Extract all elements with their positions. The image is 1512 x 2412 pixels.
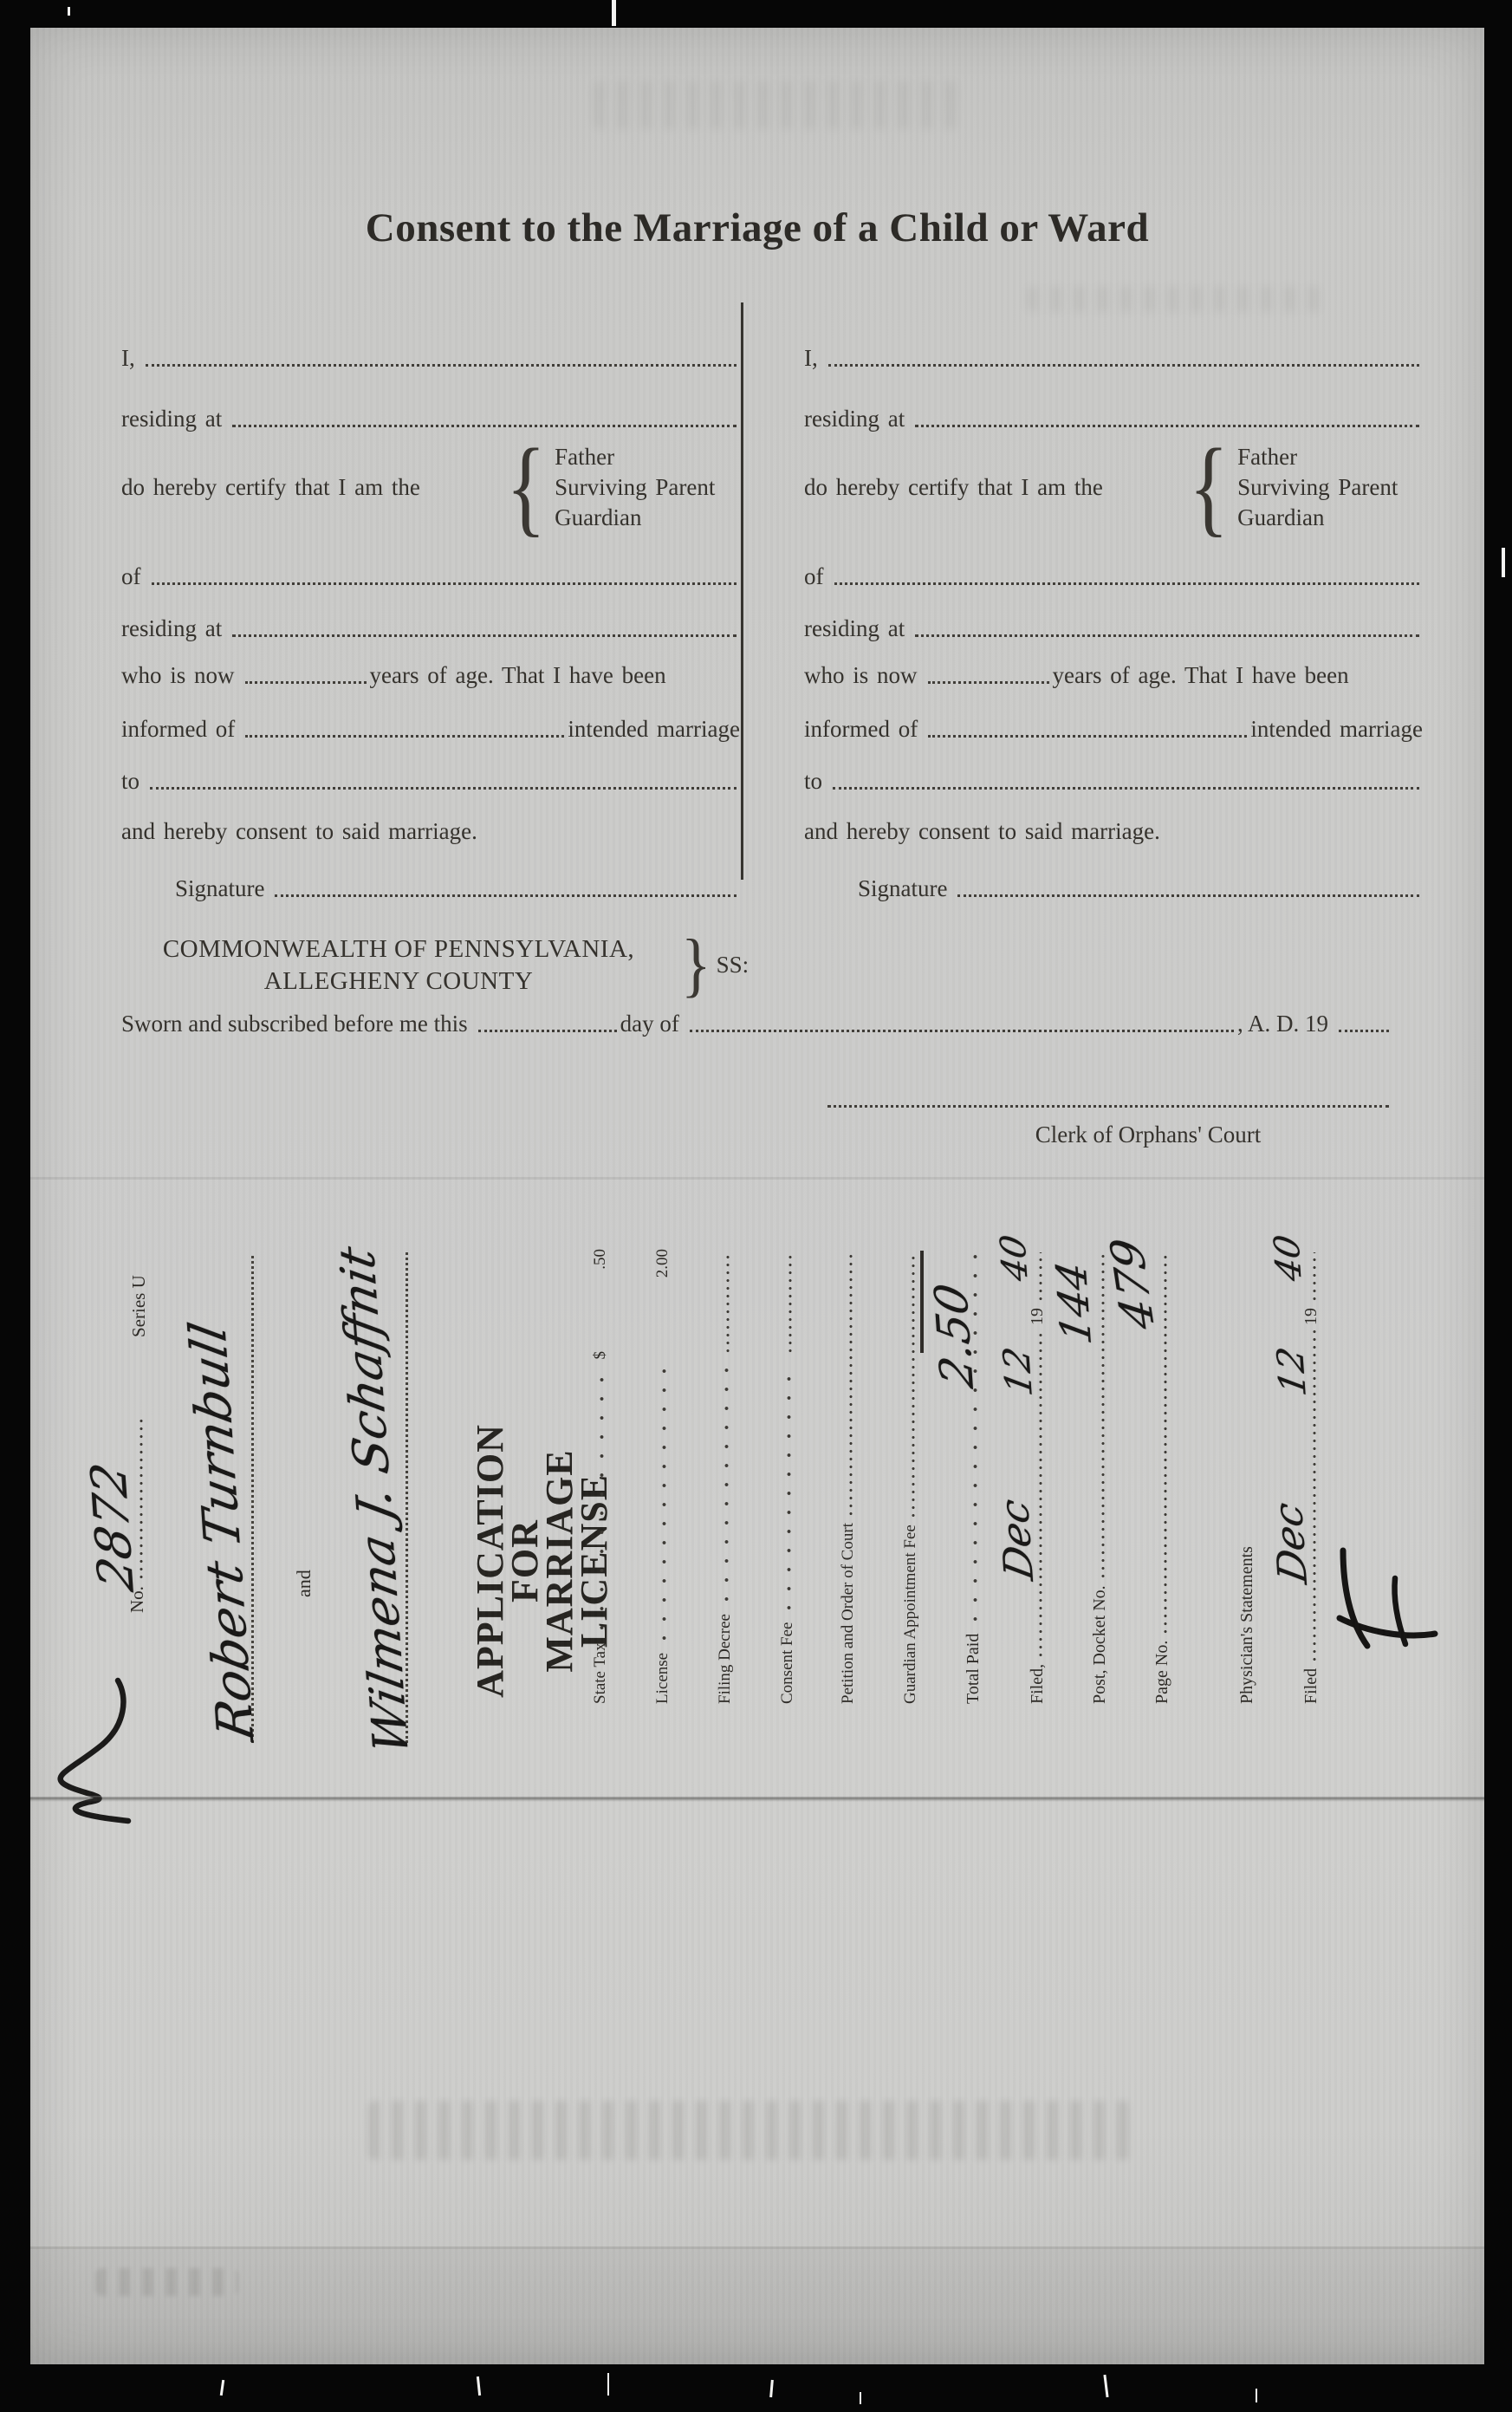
residence-blank bbox=[232, 425, 737, 427]
consent-statement: and hereby consent to said marriage. bbox=[804, 818, 1423, 845]
informed-blank bbox=[245, 735, 564, 738]
signature-blank bbox=[275, 894, 737, 897]
jurat-day-blank bbox=[478, 1030, 617, 1032]
role-father: Father bbox=[555, 444, 715, 471]
role-surviving-parent: Surviving Parent bbox=[1237, 474, 1398, 501]
fee-value: 2.00 bbox=[653, 1249, 672, 1351]
fee-value-blank bbox=[717, 1252, 735, 1356]
residing-label: residing at bbox=[804, 406, 905, 432]
filed2-day-handwritten: 12 bbox=[1269, 1344, 1314, 1399]
application-rotated-content: No. 2872 Series U Robert Turnbull and Wi… bbox=[52, 1204, 1438, 1786]
informed-blank bbox=[928, 735, 1247, 738]
filed2-row: Filed 19 bbox=[1301, 1249, 1321, 1704]
certify-block: do hereby certify that I am the { Father… bbox=[804, 444, 1423, 531]
child-residence-blank bbox=[232, 634, 737, 637]
docket-label: Post, Docket No. bbox=[1090, 1585, 1110, 1704]
age-pre-label: who is now bbox=[121, 662, 235, 689]
to-label: to bbox=[804, 768, 822, 795]
physicians-statements-label: Physician's Statements bbox=[1237, 1546, 1257, 1704]
handwritten-check-flourish bbox=[45, 1676, 136, 1828]
to-blank bbox=[150, 787, 737, 790]
field-child-name: of bbox=[804, 563, 1423, 590]
jurat-year-blank bbox=[1339, 1030, 1389, 1032]
of-label: of bbox=[804, 563, 824, 590]
filed2-label: Filed bbox=[1301, 1668, 1321, 1704]
signature-label: Signature bbox=[858, 875, 947, 902]
filed2-month-handwritten: Dec bbox=[1264, 1499, 1316, 1587]
day-of-label: day of bbox=[620, 1011, 679, 1037]
consent-line-label: and hereby consent to said marriage. bbox=[121, 818, 477, 845]
fee-label: Guardian Appointment Fee bbox=[901, 1525, 920, 1704]
fee-leader bbox=[593, 1363, 610, 1640]
child-name-blank bbox=[834, 582, 1420, 585]
filed-year-prefix: 19 bbox=[1028, 1308, 1048, 1325]
field-to: to bbox=[121, 768, 740, 795]
heading-line1: APPLICATION FOR bbox=[473, 1383, 542, 1739]
consent-line-label: and hereby consent to said marriage. bbox=[804, 818, 1160, 845]
child-residence-blank bbox=[915, 634, 1419, 637]
fee-value-blank bbox=[780, 1252, 797, 1356]
scanner-border-speck bbox=[477, 2376, 481, 2396]
series-label: Series U bbox=[128, 1275, 150, 1337]
informed-pre-label: informed of bbox=[804, 716, 918, 743]
field-child-residence: residing at bbox=[804, 615, 1423, 642]
filed2-year-handwritten: 40 bbox=[1267, 1232, 1309, 1284]
field-informed: informed ofintended marriage bbox=[121, 716, 740, 743]
fee-row-state-tax: State Tax $ .50 bbox=[591, 1249, 610, 1704]
age-blank bbox=[245, 681, 367, 684]
field-signature: Signature bbox=[804, 875, 1423, 902]
total-paid-label: Total Paid bbox=[964, 1634, 983, 1704]
showthrough-text-band bbox=[368, 2101, 1131, 2160]
fee-label: Consent Fee bbox=[778, 1622, 797, 1704]
fee-row-consent-fee: Consent Fee bbox=[778, 1249, 797, 1704]
age-post-label: years of age. That I have been bbox=[1053, 662, 1349, 689]
role-guardian: Guardian bbox=[1237, 504, 1398, 531]
to-blank bbox=[833, 787, 1419, 790]
certify-block: do hereby certify that I am the { Father… bbox=[121, 444, 740, 531]
signature-label: Signature bbox=[175, 875, 264, 902]
residing-label: residing at bbox=[121, 406, 222, 432]
filed-row: Filed, 19 bbox=[1028, 1249, 1048, 1704]
currency-symbol: $ bbox=[591, 1351, 610, 1360]
filed-label: Filed, bbox=[1028, 1664, 1048, 1704]
residing2-label: residing at bbox=[121, 615, 222, 642]
fold-crease-strong bbox=[30, 1796, 1484, 1802]
fee-label: Petition and Order of Court bbox=[839, 1523, 858, 1704]
field-informed: informed ofintended marriage bbox=[804, 716, 1423, 743]
page-title: Consent to the Marriage of a Child or Wa… bbox=[30, 205, 1484, 251]
showthrough-smudge-top bbox=[594, 81, 957, 129]
signature-blank bbox=[957, 894, 1419, 897]
fee-leader bbox=[655, 1355, 672, 1649]
scanner-border-speck bbox=[220, 2380, 224, 2396]
declarant-name-blank bbox=[146, 364, 737, 367]
fee-sum-rule bbox=[920, 1251, 924, 1353]
docket-number-handwritten: 144 bbox=[1048, 1258, 1101, 1348]
residing2-label: residing at bbox=[804, 615, 905, 642]
scanner-border-speck bbox=[769, 2380, 774, 2397]
handwritten-f-flourish bbox=[1333, 1541, 1441, 1658]
informed-pre-label: informed of bbox=[121, 716, 235, 743]
fee-value-blank bbox=[840, 1252, 858, 1519]
field-age: who is nowyears of age. That I have been bbox=[804, 662, 1423, 689]
clerk-signature-blank bbox=[827, 1105, 1389, 1108]
i-label: I, bbox=[121, 345, 135, 372]
serial-number-handwritten: 2872 bbox=[81, 1460, 146, 1595]
fee-leader bbox=[717, 1363, 735, 1610]
fee-row-license: License 2.00 bbox=[653, 1249, 672, 1704]
to-label: to bbox=[121, 768, 140, 795]
scanner-border-speck bbox=[1256, 2389, 1257, 2402]
fee-value: .50 bbox=[591, 1249, 610, 1351]
field-age: who is nowyears of age. That I have been bbox=[121, 662, 740, 689]
fold-crease-faint-upper bbox=[30, 1177, 1484, 1180]
declarant-name-blank bbox=[828, 364, 1419, 367]
showthrough-smudge-rightcol bbox=[1027, 286, 1321, 312]
application-docket-flap: No. 2872 Series U Robert Turnbull and Wi… bbox=[52, 1204, 1438, 1786]
fee-label: License bbox=[653, 1653, 672, 1704]
scanner-border-speck bbox=[1103, 2375, 1108, 2397]
child-name-blank bbox=[152, 582, 737, 585]
role-options: Father Surviving Parent Guardian bbox=[1237, 444, 1398, 531]
role-options: Father Surviving Parent Guardian bbox=[555, 444, 715, 531]
scanner-border-speck bbox=[860, 2392, 861, 2404]
residence-blank bbox=[915, 425, 1419, 427]
scanner-border-speck bbox=[612, 0, 616, 26]
scanner-border-speck bbox=[1502, 548, 1505, 577]
bottom-paper-band bbox=[30, 2249, 1484, 2364]
sworn-pre-label: Sworn and subscribed before me this bbox=[121, 1011, 468, 1037]
scanned-document-page: { "title": "Consent to the Marriage of a… bbox=[0, 0, 1512, 2412]
informed-post-label: intended marriage bbox=[1250, 716, 1423, 743]
jurat-month-blank bbox=[690, 1030, 1234, 1032]
certify-label: do hereby certify that I am the bbox=[121, 475, 494, 501]
filed-day-handwritten: 12 bbox=[995, 1344, 1041, 1399]
county-label: ALLEGHENY COUNTY bbox=[121, 965, 676, 997]
ad-19-label: , A. D. 19 bbox=[1237, 1011, 1328, 1037]
field-declarant-name: I, bbox=[804, 345, 1423, 372]
jurat-line: Sworn and subscribed before me this day … bbox=[121, 1011, 1392, 1037]
certify-label: do hereby certify that I am the bbox=[804, 475, 1177, 501]
field-child-residence: residing at bbox=[121, 615, 740, 642]
role-father: Father bbox=[1237, 444, 1398, 471]
field-residence: residing at bbox=[121, 406, 740, 432]
age-post-label: years of age. That I have been bbox=[370, 662, 666, 689]
scanner-border-speck bbox=[607, 2373, 609, 2396]
conjunction-label: and bbox=[293, 1570, 315, 1597]
filed-month-handwritten: Dec bbox=[990, 1496, 1042, 1583]
scanner-border-speck bbox=[68, 7, 70, 16]
consent-statement: and hereby consent to said marriage. bbox=[121, 818, 740, 845]
venue-block: COMMONWEALTH OF PENNSYLVANIA, ALLEGHENY … bbox=[121, 929, 780, 1001]
filed2-year-prefix: 19 bbox=[1301, 1308, 1321, 1325]
right-brace-glyph: } bbox=[681, 924, 711, 1006]
filed-year-handwritten: 40 bbox=[993, 1232, 1035, 1284]
clerk-title-label: Clerk of Orphans' Court bbox=[949, 1121, 1347, 1148]
page-label: Page No. bbox=[1152, 1641, 1172, 1704]
role-surviving-parent: Surviving Parent bbox=[555, 474, 715, 501]
role-guardian: Guardian bbox=[555, 504, 715, 531]
field-residence: residing at bbox=[804, 406, 1423, 432]
left-brace-glyph: { bbox=[506, 439, 546, 536]
commonwealth-label: COMMONWEALTH OF PENNSYLVANIA, bbox=[121, 933, 676, 965]
field-child-name: of bbox=[121, 563, 740, 590]
i-label: I, bbox=[804, 345, 818, 372]
fee-row-guardian-appointment: Guardian Appointment Fee bbox=[901, 1249, 920, 1704]
left-brace-glyph: { bbox=[1189, 439, 1229, 536]
fee-leader bbox=[780, 1363, 797, 1619]
field-signature: Signature bbox=[121, 875, 740, 902]
document-paper: Consent to the Marriage of a Child or Wa… bbox=[30, 28, 1484, 2364]
fee-row-filing-decree: Filing Decree bbox=[716, 1249, 735, 1704]
consent-column-left: I, residing at do hereby certify that I … bbox=[121, 314, 740, 920]
age-blank bbox=[928, 681, 1049, 684]
column-divider-rule bbox=[741, 302, 743, 880]
age-pre-label: who is now bbox=[804, 662, 918, 689]
of-label: of bbox=[121, 563, 141, 590]
field-declarant-name: I, bbox=[121, 345, 740, 372]
total-paid-handwritten: 2.50 bbox=[925, 1280, 984, 1391]
fee-row-petition-order: Petition and Order of Court bbox=[839, 1249, 858, 1704]
consent-column-right: I, residing at do hereby certify that I … bbox=[804, 314, 1423, 920]
ss-label: SS: bbox=[717, 952, 750, 978]
fee-label: State Tax bbox=[591, 1642, 610, 1704]
informed-post-label: intended marriage bbox=[568, 716, 740, 743]
fee-value-blank bbox=[903, 1252, 920, 1521]
field-to: to bbox=[804, 768, 1423, 795]
fee-label: Filing Decree bbox=[716, 1614, 735, 1704]
